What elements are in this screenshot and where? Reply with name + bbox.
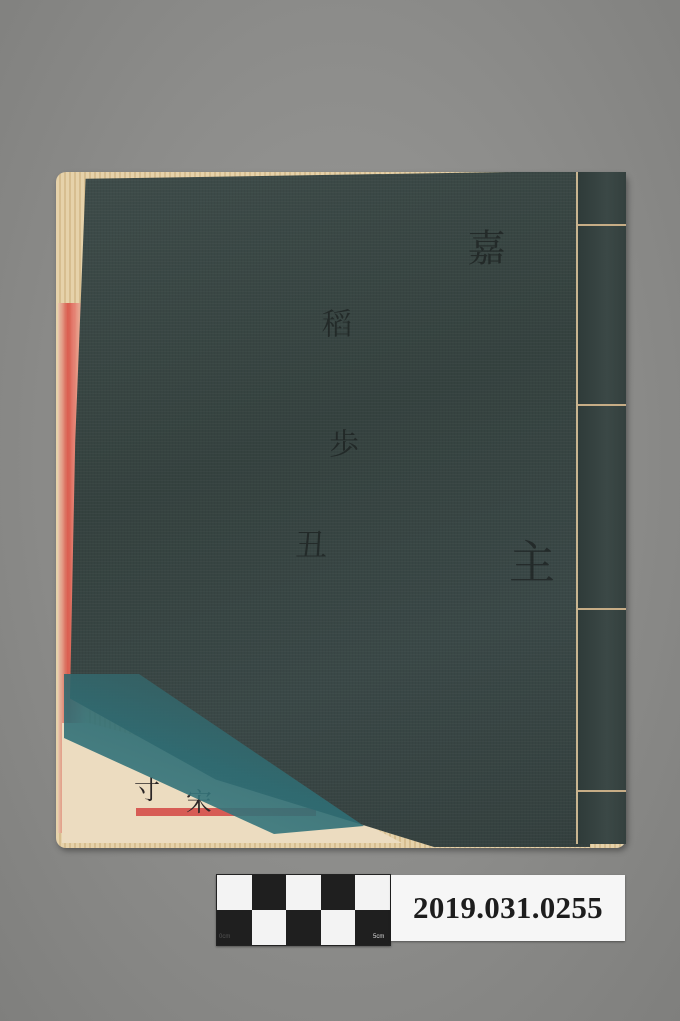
book-object: 寸 宋 嘉 稻 歩 丑 主 <box>56 168 626 851</box>
cover-handwriting-1: 嘉 <box>456 228 511 266</box>
cover-handwriting-4: 丑 <box>286 528 332 560</box>
scale-tick-left: 0cm <box>219 934 230 940</box>
accession-label: 2019.031.0255 <box>391 875 625 941</box>
cover-handwriting-2: 稻 <box>311 308 355 338</box>
cover-handwriting-5: 主 <box>496 538 562 584</box>
scale-tick-right: 5cm <box>373 934 384 940</box>
binding-thread <box>578 790 626 792</box>
color-scale-bar <box>216 874 391 946</box>
binding-thread <box>578 404 626 406</box>
accession-number: 2019.031.0255 <box>413 890 603 926</box>
binding-thread <box>578 608 626 610</box>
bound-spine <box>576 172 626 844</box>
binding-thread <box>578 224 626 226</box>
cover-handwriting-3: 歩 <box>318 428 362 458</box>
